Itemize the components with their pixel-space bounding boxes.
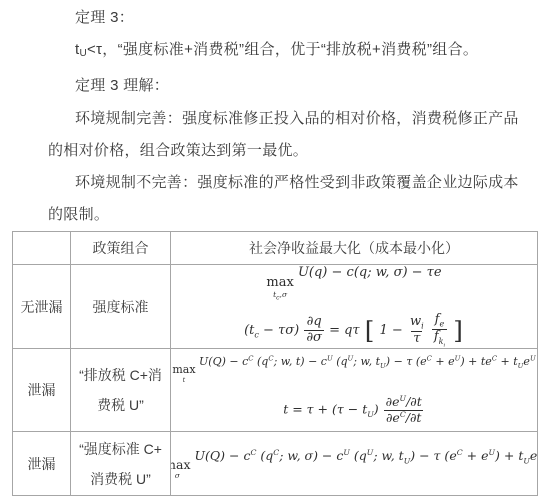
document-page: 定理 3： tU<τ，“强度标准+消费税”组合，优于“排放税+消费税”组合。 定… — [0, 0, 549, 501]
table-header-row: 政策组合 社会净收益最大化（成本最小化） — [13, 232, 538, 265]
formula-objective: maxtc,σ U(q) − c(q; w, σ) − τe — [266, 265, 441, 301]
formula-objective: maxσ U(Q) − cC (qC; w, σ) − cU (qU; w, t… — [171, 448, 538, 480]
paragraph-line: 的限制。 — [48, 199, 505, 231]
cell-leakage-type: 泄漏 — [13, 432, 71, 496]
text-block: 定理 3： tU<τ，“强度标准+消费税”组合，优于“排放税+消费税”组合。 定… — [0, 0, 549, 231]
paragraph-line: 的相对价格，组合政策达到第一最优。 — [48, 135, 505, 167]
policy-line: “排放税 C+消 — [71, 360, 170, 390]
theorem-3-statement: tU<τ，“强度标准+消费税”组合，优于“排放税+消费税”组合。 — [48, 34, 505, 70]
table-row-leakage-emission-tax: 泄漏 “排放税 C+消 费税 U” maxt U(Q) − cC (qC; w,… — [13, 349, 538, 432]
theorem-3-heading: 定理 3： — [48, 2, 505, 34]
formula-condition: (tc − τσ) ∂q∂σ = qτ [ 1 − wiτ fefki ] — [244, 313, 464, 348]
paragraph-line: 环境规制完善：强度标准修正投入品的相对价格，消费税修正产品 — [48, 103, 505, 135]
policy-line: 强度标准 — [71, 292, 170, 322]
policy-line: “强度标准 C+ — [71, 434, 170, 464]
paragraph-complete-regulation: 环境规制完善：强度标准修正投入品的相对价格，消费税修正产品 的相对价格，组合政策… — [48, 103, 505, 167]
table-row-no-leakage: 无泄漏 强度标准 maxtc,σ U(q) − c(q; w, σ) − τe … — [13, 265, 538, 349]
cell-policy-combination: “排放税 C+消 费税 U” — [71, 349, 171, 432]
table-row-leakage-intensity-standard: 泄漏 “强度标准 C+ 消费税 U” maxσ U(Q) − cC (qC; w… — [13, 432, 538, 496]
cell-optimization-formulas: maxtc,σ U(q) − c(q; w, σ) − τe (tc − τσ)… — [171, 265, 538, 349]
cell-optimization-formulas: maxσ U(Q) − cC (qC; w, σ) − cU (qU; w, t… — [171, 432, 538, 496]
statement-subscript: U — [79, 48, 87, 59]
cell-optimization-formulas: maxt U(Q) − cC (qC; w, t) − cU (qU; w, t… — [171, 349, 538, 432]
cell-policy-combination: “强度标准 C+ 消费税 U” — [71, 432, 171, 496]
formula-objective: maxt U(Q) − cC (qC; w, t) − cU (qU; w, t… — [172, 355, 535, 383]
understanding-heading: 定理 3 理解： — [48, 70, 505, 102]
statement-text: <τ，“强度标准+消费税”组合，优于“排放税+消费税”组合。 — [87, 41, 478, 58]
formula-condition: t = τ + (τ − tU) ∂eU/∂t∂eC/∂t — [283, 395, 425, 425]
header-social-net-benefit: 社会净收益最大化（成本最小化） — [171, 232, 538, 265]
header-empty-cell — [13, 232, 71, 265]
cell-leakage-type: 泄漏 — [13, 349, 71, 432]
policy-table: 政策组合 社会净收益最大化（成本最小化） 无泄漏 强度标准 maxtc,σ U(… — [12, 231, 538, 496]
cell-policy-combination: 强度标准 — [71, 265, 171, 349]
policy-line: 费税 U” — [71, 390, 170, 420]
header-policy-combination: 政策组合 — [71, 232, 171, 265]
paragraph-line: 环境规制不完善：强度标准的严格性受到非政策覆盖企业边际成本 — [48, 167, 505, 199]
paragraph-incomplete-regulation: 环境规制不完善：强度标准的严格性受到非政策覆盖企业边际成本 的限制。 — [48, 167, 505, 231]
cell-leakage-type: 无泄漏 — [13, 265, 71, 349]
policy-line: 消费税 U” — [71, 464, 170, 494]
